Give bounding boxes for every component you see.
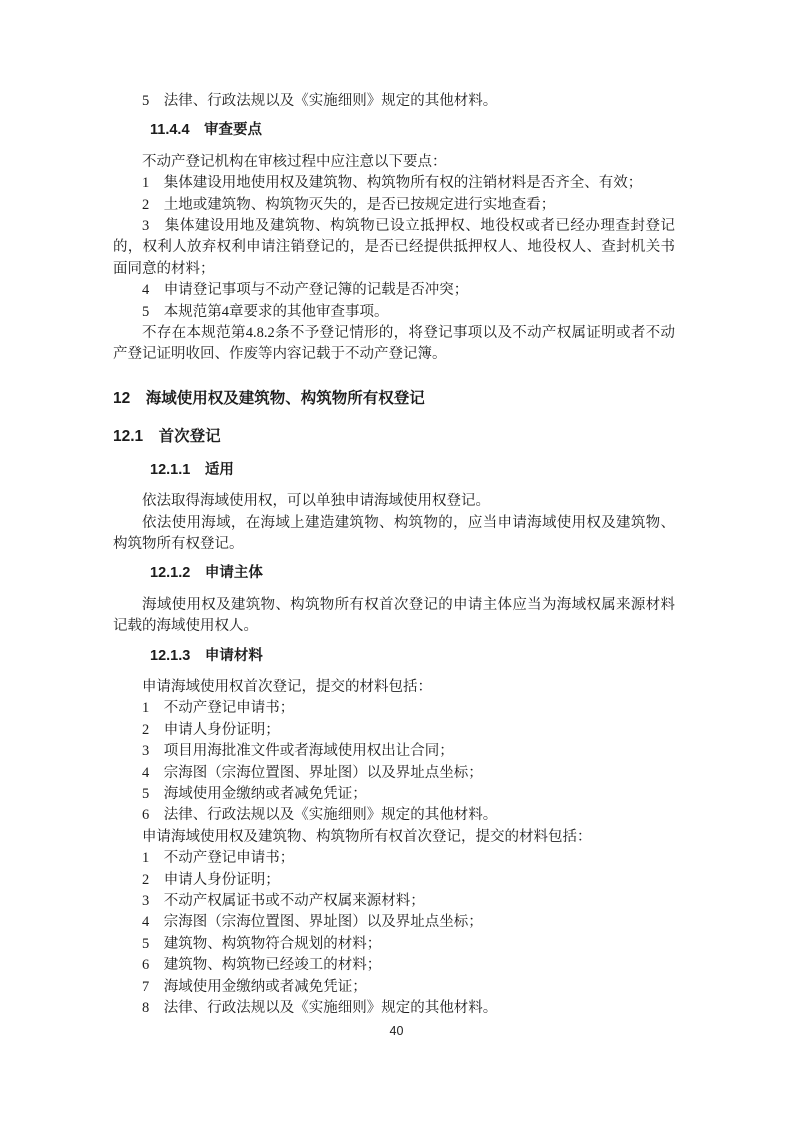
paragraph: 申请海域使用权及建筑物、构筑物所有权首次登记，提交的材料包括： [113, 827, 675, 848]
list-item: 5 法律、行政法规以及《实施细则》规定的其他材料。 [113, 91, 675, 112]
list-item: 3 不动产权属证书或不动产权属来源材料； [113, 891, 675, 912]
paragraph: 海域使用权及建筑物、构筑物所有权首次登记的申请主体应当为海域权属来源材料记载的海… [113, 595, 675, 638]
list-item: 2 申请人身份证明； [113, 870, 675, 891]
paragraph: 不动产登记机构在审核过程中应注意以下要点： [113, 152, 675, 173]
list-item: 3 集体建设用地及建筑物、构筑物已设立抵押权、地役权或者已经办理查封登记的，权利… [113, 216, 675, 280]
list-item: 3 项目用海批准文件或者海域使用权出让合同； [113, 741, 675, 762]
list-item: 6 建筑物、构筑物已经竣工的材料； [113, 955, 675, 976]
page-number: 40 [0, 1024, 793, 1038]
subsection-heading: 12.1.3 申请材料 [150, 646, 675, 667]
list-item: 4 申请登记事项与不动产登记簿的记载是否冲突； [113, 280, 675, 301]
subsection-heading: 12.1.2 申请主体 [150, 563, 675, 584]
list-item: 1 集体建设用地使用权及建筑物、构筑物所有权的注销材料是否齐全、有效； [113, 173, 675, 194]
document-page: 5 法律、行政法规以及《实施细则》规定的其他材料。 11.4.4 审查要点 不动… [0, 0, 793, 1122]
list-item: 4 宗海图（宗海位置图、界址图）以及界址点坐标； [113, 763, 675, 784]
list-item: 4 宗海图（宗海位置图、界址图）以及界址点坐标； [113, 912, 675, 933]
subsection-heading: 12.1.1 适用 [150, 460, 675, 481]
paragraph: 依法取得海域使用权，可以单独申请海域使用权登记。 [113, 491, 675, 512]
paragraph: 不存在本规范第4.8.2条不予登记情形的，将登记事项以及不动产权属证明或者不动产… [113, 323, 675, 366]
list-item: 5 本规范第4章要求的其他审查事项。 [113, 302, 675, 323]
list-item: 8 法律、行政法规以及《实施细则》规定的其他材料。 [113, 998, 675, 1019]
paragraph: 依法使用海域，在海域上建造建筑物、构筑物的，应当申请海域使用权及建筑物、构筑物所… [113, 513, 675, 556]
chapter-heading: 12 海域使用权及建筑物、构筑物所有权登记 [113, 388, 675, 409]
paragraph: 申请海域使用权首次登记，提交的材料包括： [113, 677, 675, 698]
list-item: 1 不动产登记申请书； [113, 698, 675, 719]
section-heading: 12.1 首次登记 [113, 426, 675, 447]
subsection-heading: 11.4.4 审查要点 [150, 120, 675, 141]
list-item: 2 申请人身份证明； [113, 720, 675, 741]
list-item: 6 法律、行政法规以及《实施细则》规定的其他材料。 [113, 805, 675, 826]
list-item: 5 建筑物、构筑物符合规划的材料； [113, 934, 675, 955]
list-item: 7 海域使用金缴纳或者减免凭证； [113, 977, 675, 998]
list-item: 2 土地或建筑物、构筑物灭失的，是否已按规定进行实地查看； [113, 195, 675, 216]
list-item: 1 不动产登记申请书； [113, 848, 675, 869]
list-item: 5 海域使用金缴纳或者减免凭证； [113, 784, 675, 805]
